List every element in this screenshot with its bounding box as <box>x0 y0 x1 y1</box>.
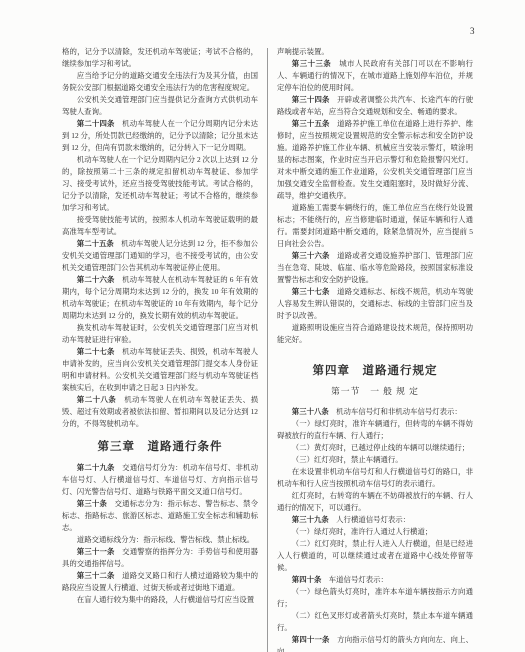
paragraph: 第二十四条 机动车驾驶人在一个记分周期内记分未达到 12 分，所处罚款已经缴纳的… <box>62 118 258 154</box>
article-number: 第三十三条 <box>292 59 332 68</box>
article-number: 第二十四条 <box>77 119 115 128</box>
article-number: 第二十九条 <box>77 463 115 472</box>
article-number: 第二十八条 <box>77 395 117 404</box>
paragraph: （二）红灯亮时，禁止行人进入人行横道，但是已经进入人行横道的，可以继续通过或者在… <box>277 538 473 574</box>
article-number: 第三十四条 <box>292 95 330 104</box>
paragraph: 第四十一条 方向指示信号灯的箭头方向向左、向上、向 <box>277 634 473 652</box>
paragraph: 第三十一条 交通警察的指挥分为：手势信号和使用器具的交通指挥信号。 <box>62 546 258 570</box>
paragraph: 声响提示装置。 <box>277 46 473 58</box>
book-page: 3 格的，记分予以清除，发还机动车驾驶证；考试不合格的，继续参加学习和考试。应当… <box>0 0 525 652</box>
chapter-heading: 第四章 道路通行规定 <box>277 364 473 378</box>
article-number: 第二十七条 <box>77 347 115 356</box>
paragraph: 第三十条 交通标志分为：指示标志、警告标志、禁令标志、指路标志、旅游区标志、道路… <box>62 498 258 534</box>
paragraph: （一）绿色箭头灯亮时，准许本车道车辆按指示方向通行； <box>277 586 473 610</box>
paragraph: 道路施工需要车辆绕行的，施工单位应当在绕行处设置标志；不能绕行的，应当修建临时通… <box>277 202 473 250</box>
paragraph: 第三十七条 道路交通标志、标线不规范，机动车驾驶人容易发生辨认错误的，交通标志、… <box>277 286 473 322</box>
paragraph: 第三十六条 道路或者交通设施养护部门、管理部门应当在急弯、陡坡、临崖、临水等危险… <box>277 250 473 286</box>
left-column: 格的，记分予以清除，发还机动车驾驶证；考试不合格的，继续参加学习和考试。应当给予… <box>62 46 258 652</box>
article-number: 第四十一条 <box>292 635 330 644</box>
paragraph: 第三十四条 开辟或者调整公共汽车、长途汽车的行驶路线或者车站，应当符合交通规划和… <box>277 94 473 118</box>
right-column: 声响提示装置。第三十三条 城市人民政府有关部门可以在不影响行人、车辆通行的情况下… <box>277 46 473 652</box>
page-number: 3 <box>470 26 475 36</box>
paragraph: 第三十五条 道路养护施工单位在道路上进行养护、维修时，应当按照规定设置规范的安全… <box>277 118 473 202</box>
chapter-heading: 第三章 道路通行条件 <box>62 440 258 454</box>
article-number: 第二十六条 <box>77 275 115 284</box>
paragraph: 在盲人通行较为集中的路段，人行横道信号灯应当设置 <box>62 594 258 606</box>
paragraph: 第二十九条 交通信号灯分为：机动车信号灯、非机动车信号灯、人行横道信号灯、车道信… <box>62 462 258 498</box>
article-number: 第三十九条 <box>292 515 329 524</box>
paragraph: 第三十二条 道路交叉路口和行人横过道路较为集中的路段应当设置人行横道、过街天桥或… <box>62 570 258 594</box>
article-number: 第三十二条 <box>77 571 115 580</box>
article-number: 第三十八条 <box>292 407 329 416</box>
paragraph: 第二十八条 机动车驾驶人在机动车驾驶证丢失、损毁、超过有效期或者被依法扣留、暂扣… <box>62 394 258 430</box>
article-number: 第三十六条 <box>292 251 330 260</box>
paragraph: 换发机动车驾驶证时，公安机关交通管理部门应当对机动车驾驶证进行审验。 <box>62 322 258 346</box>
column-divider <box>267 48 268 652</box>
paragraph: （一）绿灯亮时，准许行人通过人行横道； <box>277 526 473 538</box>
page-content: 格的，记分予以清除，发还机动车驾驶证；考试不合格的，继续参加学习和考试。应当给予… <box>62 46 473 652</box>
paragraph: 第二十六条 机动车驾驶人在机动车驾驶证的 6 年有效期内，每个记分周期均未达到 … <box>62 274 258 322</box>
paragraph: 第三十八条 机动车信号灯和非机动车信号灯表示： <box>277 406 473 418</box>
paragraph: 在未设置非机动车信号灯和人行横道信号灯的路口，非机动车和行人应当按照机动车信号灯… <box>277 466 473 490</box>
paragraph: 第三十三条 城市人民政府有关部门可以在不影响行人、车辆通行的情况下，在城市道路上… <box>277 58 473 94</box>
paragraph: 红灯亮时，右转弯的车辆在不妨碍被放行的车辆、行人通行的情况下，可以通行。 <box>277 490 473 514</box>
paragraph: （三）红灯亮时，禁止车辆通行。 <box>277 454 473 466</box>
article-number: 第三十七条 <box>292 287 330 296</box>
paragraph: 第二十七条 机动车驾驶证丢失、损毁，机动车驾驶人申请补发的，应当向公安机关交通管… <box>62 346 258 394</box>
article-number: 第二十五条 <box>77 239 114 248</box>
article-number: 第四十条 <box>292 575 322 584</box>
paragraph: （二）黄灯亮时，已越过停止线的车辆可以继续通行； <box>277 442 473 454</box>
section-heading: 第一节 一 般 规 定 <box>277 386 473 397</box>
paragraph: 道路交通标线分为：指示标线、警告标线、禁止标线。 <box>62 534 258 546</box>
article-number: 第三十五条 <box>292 119 330 128</box>
paragraph: （一）绿灯亮时，准许车辆通行，但转弯的车辆不得妨碍被放行的直行车辆、行人通行； <box>277 418 473 442</box>
paragraph: 第四十条 车道信号灯表示： <box>277 574 473 586</box>
article-number: 第三十条 <box>77 499 107 508</box>
paragraph: 接受驾驶技能考试的，按照本人机动车驾驶证载明的最高准驾车型考试。 <box>62 214 258 238</box>
paragraph: （二）红色叉形灯或者箭头灯亮时，禁止本车道车辆通行。 <box>277 610 473 634</box>
paragraph: 格的，记分予以清除，发还机动车驾驶证；考试不合格的，继续参加学习和考试。 <box>62 46 258 70</box>
paragraph: 应当给予记分的道路交通安全违法行为及其分值，由国务院公安部门根据道路交通安全违法… <box>62 70 258 94</box>
paragraph: 公安机关交通管理部门应当提供记分查询方式供机动车驾驶人查询。 <box>62 94 258 118</box>
paragraph: 第三十九条 人行横道信号灯表示： <box>277 514 473 526</box>
article-number: 第三十一条 <box>77 547 115 556</box>
paragraph: 第二十五条 机动车驾驶人记分达到 12 分，拒不参加公安机关交通管理部门通知的学… <box>62 238 258 274</box>
paragraph: 道路照明设施应当符合道路建设技术规范，保持照明功能完好。 <box>277 322 473 346</box>
paragraph: 机动车驾驶人在一个记分周期内记分 2 次以上达到 12 分的，除按照第二十三条的… <box>62 154 258 214</box>
